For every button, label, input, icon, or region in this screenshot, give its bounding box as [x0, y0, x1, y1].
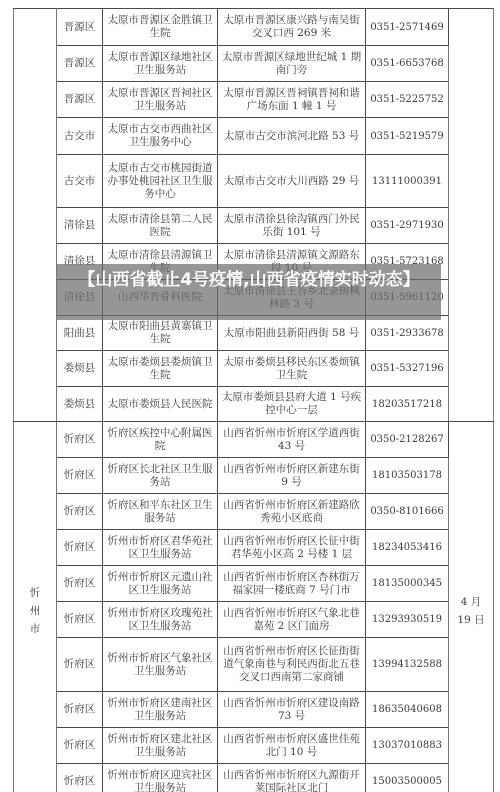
address-cell: 太原市清徐县徐沟镇西门外民乐街 101 号 [218, 208, 366, 244]
district-cell: 忻府区 [57, 602, 103, 638]
address-cell: 山西省忻州市忻府区盛世佳苑北门 10 号 [218, 728, 366, 764]
address-cell: 太原市晋源区康兴路与南吴街交叉口西 269 米 [218, 9, 366, 46]
table-row: 忻州市 忻府区 忻府区疾控中心附属医院 山西省忻州市忻府区学道西街 43 号 0… [14, 422, 494, 458]
address-cell: 山西省忻州市忻府区长征中街君华苑小区高 2 号楼 1 层 [218, 530, 366, 566]
site-name-cell: 忻州市忻府区建北社区卫生服务站 [103, 728, 218, 764]
site-name-cell: 太原市娄烦县人民医院 [103, 387, 218, 422]
site-name-cell: 忻州市忻府区元遗山社区卫生服务站 [103, 566, 218, 602]
site-name-cell: 忻州市忻府区迎宾社区卫生服务站 [103, 764, 218, 792]
site-name-cell: 太原市清徐县第二人民医院 [103, 208, 218, 244]
address-cell: 太原市阳曲县新阳西街 58 号 [218, 316, 366, 351]
table-row: 忻府区 忻州市忻府区气象社区卫生服务站 山西省忻州市忻府区长征街街道气象南巷与利… [14, 638, 494, 692]
phone-cell: 0351-2571469 [366, 9, 449, 46]
city-cell: 忻州市 [14, 422, 57, 792]
site-name-cell: 忻府区和平东社区卫生服务站 [103, 494, 218, 530]
address-cell: 山西省忻州市忻府区杏林街万福家园一楼底商 7 号门市 [218, 566, 366, 602]
city-cell-empty [14, 9, 57, 422]
phone-cell: 0350-8101666 [366, 494, 449, 530]
table-row: 晋源区 太原市晋源区晋祠社区卫生服务站 太原市晋源区晋祠镇晋祠和谐广场东面 1 … [14, 82, 494, 118]
table-row: 清徐县 太原市清徐县第二人民医院 太原市清徐县徐沟镇西门外民乐街 101 号 0… [14, 208, 494, 244]
phone-cell: 18103503178 [366, 458, 449, 494]
site-name-cell: 忻州市忻府区建南社区卫生服务站 [103, 692, 218, 728]
address-cell: 山西省忻州市忻府区新建东街 9 号 [218, 458, 366, 494]
table-row: 忻府区 忻州市忻府区玫瑰苑社区卫生服务站 山西省忻州市忻府区气象北巷嘉苑 2 区… [14, 602, 494, 638]
table-row: 古交市 太原市古交市桃园街道办事处桃园社区卫生服务中心 太原市古交市大川西路 2… [14, 155, 494, 208]
phone-cell: 0351-5225752 [366, 82, 449, 118]
site-name-cell: 忻州市忻府区玫瑰苑社区卫生服务站 [103, 602, 218, 638]
district-cell: 清徐县 [57, 208, 103, 244]
site-name-cell: 忻府区长北社区卫生服务站 [103, 458, 218, 494]
phone-cell: 13111000391 [366, 155, 449, 208]
address-cell: 山西省忻州市忻府区九源街开莱国际社区北门 [218, 764, 366, 792]
phone-cell: 0351-5219579 [366, 118, 449, 155]
table-row: 忻府区 忻府区长北社区卫生服务站 山西省忻州市忻府区新建东街 9 号 18103… [14, 458, 494, 494]
table-row: 忻府区 忻州市忻府区元遗山社区卫生服务站 山西省忻州市忻府区杏林街万福家园一楼底… [14, 566, 494, 602]
address-cell: 太原市古交市滨河北路 53 号 [218, 118, 366, 155]
district-cell: 晋源区 [57, 82, 103, 118]
district-cell: 忻府区 [57, 764, 103, 792]
table-row: 古交市 太原市古交市西曲社区卫生服务中心 太原市古交市滨河北路 53 号 035… [14, 118, 494, 155]
phone-cell: 0350-2128267 [366, 422, 449, 458]
district-cell: 忻府区 [57, 494, 103, 530]
district-cell: 古交市 [57, 155, 103, 208]
phone-cell: 18203517218 [366, 387, 449, 422]
table-row: 阳曲县 太原市阳曲县黄寨镇卫生院 太原市阳曲县新阳西街 58 号 0351-29… [14, 316, 494, 351]
district-cell: 忻府区 [57, 728, 103, 764]
phone-cell: 13994132588 [366, 638, 449, 692]
table-row: 忻府区 忻州市忻府区建北社区卫生服务站 山西省忻州市忻府区盛世佳苑北门 10 号… [14, 728, 494, 764]
site-name-cell: 太原市阳曲县黄寨镇卫生院 [103, 316, 218, 351]
district-cell: 忻府区 [57, 530, 103, 566]
address-cell: 太原市晋源区晋祠镇晋祠和谐广场东面 1 幢 1 号 [218, 82, 366, 118]
table-row: 忻府区 忻府区和平东社区卫生服务站 山西省忻州市忻府区新建路欣秀苑小区底商 03… [14, 494, 494, 530]
district-cell: 忻府区 [57, 566, 103, 602]
table-row: 晋源区 太原市晋源区金胜镇卫生院 太原市晋源区康兴路与南吴街交叉口西 269 米… [14, 9, 494, 46]
table-row: 娄烦县 太原市娄烦县人民医院 太原市娄烦县县府大道 1 号疾控中心一层 1820… [14, 387, 494, 422]
phone-cell: 0351-5327196 [366, 351, 449, 387]
site-name-cell: 太原市古交市西曲社区卫生服务中心 [103, 118, 218, 155]
site-name-cell: 太原市晋源区晋祠社区卫生服务站 [103, 82, 218, 118]
phone-cell: 13293930519 [366, 602, 449, 638]
table-row: 忻府区 忻州市忻府区建南社区卫生服务站 山西省忻州市忻府区建设南路 73 号 1… [14, 692, 494, 728]
district-cell: 娄烦县 [57, 387, 103, 422]
phone-cell: 18234053416 [366, 530, 449, 566]
address-cell: 太原市晋源区绿地世纪城 1 期南门旁 [218, 46, 366, 82]
site-name-cell: 忻府区疾控中心附属医院 [103, 422, 218, 458]
site-name-cell: 忻州市忻府区君华苑社区卫生服务站 [103, 530, 218, 566]
phone-cell: 18635040608 [366, 692, 449, 728]
phone-cell: 0351-6653768 [366, 46, 449, 82]
document-page: 晋源区 太原市晋源区金胜镇卫生院 太原市晋源区康兴路与南吴街交叉口西 269 米… [13, 8, 493, 792]
phone-cell: 0351-2971930 [366, 208, 449, 244]
district-cell: 忻府区 [57, 638, 103, 692]
date-cell-empty [449, 9, 494, 422]
vaccination-sites-table: 晋源区 太原市晋源区金胜镇卫生院 太原市晋源区康兴路与南吴街交叉口西 269 米… [13, 8, 494, 792]
phone-cell: 18135000345 [366, 566, 449, 602]
address-cell: 太原市娄烦县移民东区娄烦镇卫生院 [218, 351, 366, 387]
site-name-cell: 太原市古交市桃园街道办事处桃园社区卫生服务中心 [103, 155, 218, 208]
district-cell: 阳曲县 [57, 316, 103, 351]
site-name-cell: 太原市晋源区金胜镇卫生院 [103, 9, 218, 46]
site-name-cell: 太原市娄烦县娄烦镇卫生院 [103, 351, 218, 387]
address-cell: 山西省忻州市忻府区长征街街道气象南巷与利民西街北五巷交叉口西南第二家商铺 [218, 638, 366, 692]
site-name-cell: 忻州市忻府区气象社区卫生服务站 [103, 638, 218, 692]
district-cell: 晋源区 [57, 46, 103, 82]
phone-cell: 15003500005 [366, 764, 449, 792]
table-row: 娄烦县 太原市娄烦县娄烦镇卫生院 太原市娄烦县移民东区娄烦镇卫生院 0351-5… [14, 351, 494, 387]
address-cell: 山西省忻州市忻府区气象北巷嘉苑 2 区门面房 [218, 602, 366, 638]
district-cell: 忻府区 [57, 422, 103, 458]
date-label: 4 月 19 日 [456, 593, 486, 629]
district-cell: 晋源区 [57, 9, 103, 46]
address-cell: 山西省忻州市忻府区新建路欣秀苑小区底商 [218, 494, 366, 530]
district-cell: 忻府区 [57, 692, 103, 728]
table-row: 忻府区 忻州市忻府区迎宾社区卫生服务站 山西省忻州市忻府区九源街开莱国际社区北门… [14, 764, 494, 792]
site-name-cell: 太原市晋源区绿地社区卫生服务站 [103, 46, 218, 82]
city-label: 忻州市 [28, 584, 42, 638]
district-cell: 古交市 [57, 118, 103, 155]
phone-cell: 0351-2933678 [366, 316, 449, 351]
address-cell: 太原市古交市大川西路 29 号 [218, 155, 366, 208]
address-cell: 太原市娄烦县县府大道 1 号疾控中心一层 [218, 387, 366, 422]
address-cell: 山西省忻州市忻府区建设南路 73 号 [218, 692, 366, 728]
phone-cell: 13037010883 [366, 728, 449, 764]
district-cell: 娄烦县 [57, 351, 103, 387]
article-title-banner[interactable]: 【山西省截止4号疫情,山西省疫情实时动态】 [57, 264, 441, 320]
date-cell: 4 月 19 日 [449, 422, 494, 792]
district-cell: 忻府区 [57, 458, 103, 494]
table-row: 忻府区 忻州市忻府区君华苑社区卫生服务站 山西省忻州市忻府区长征中街君华苑小区高… [14, 530, 494, 566]
address-cell: 山西省忻州市忻府区学道西街 43 号 [218, 422, 366, 458]
table-row: 晋源区 太原市晋源区绿地社区卫生服务站 太原市晋源区绿地世纪城 1 期南门旁 0… [14, 46, 494, 82]
